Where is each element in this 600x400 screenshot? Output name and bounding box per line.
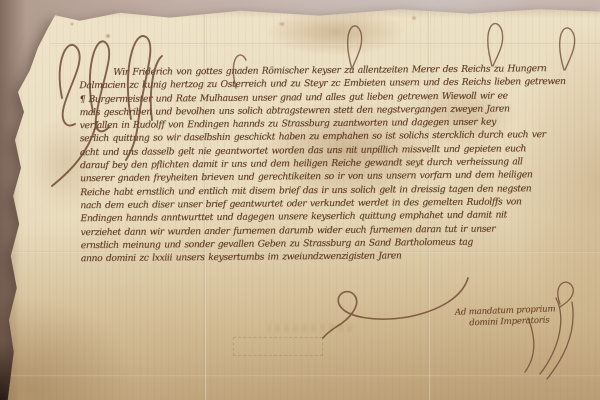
chancery-note: Ad mandatum proprium domini Imperatoris bbox=[455, 304, 556, 329]
parchment-shadow-wrap: Wir Friderich von gottes gnaden Römische… bbox=[0, 0, 600, 400]
verso-show-through-box bbox=[233, 337, 323, 356]
manuscript-line: anno domini zc lxxiii unsers keysertumbs… bbox=[81, 248, 569, 266]
photo-scene-background: Wir Friderich von gottes gnaden Römische… bbox=[0, 0, 600, 400]
fold-crease-horizontal-bottom bbox=[6, 374, 600, 377]
manuscript-text-block: Wir Friderich von gottes gnaden Römische… bbox=[79, 62, 569, 266]
fold-crease-horizontal-top bbox=[50, 43, 600, 46]
chancery-note-line-2: domini Imperatoris bbox=[455, 315, 556, 330]
verso-show-through-text bbox=[268, 324, 352, 332]
parchment-sheet: Wir Friderich von gottes gnaden Römische… bbox=[0, 0, 600, 400]
